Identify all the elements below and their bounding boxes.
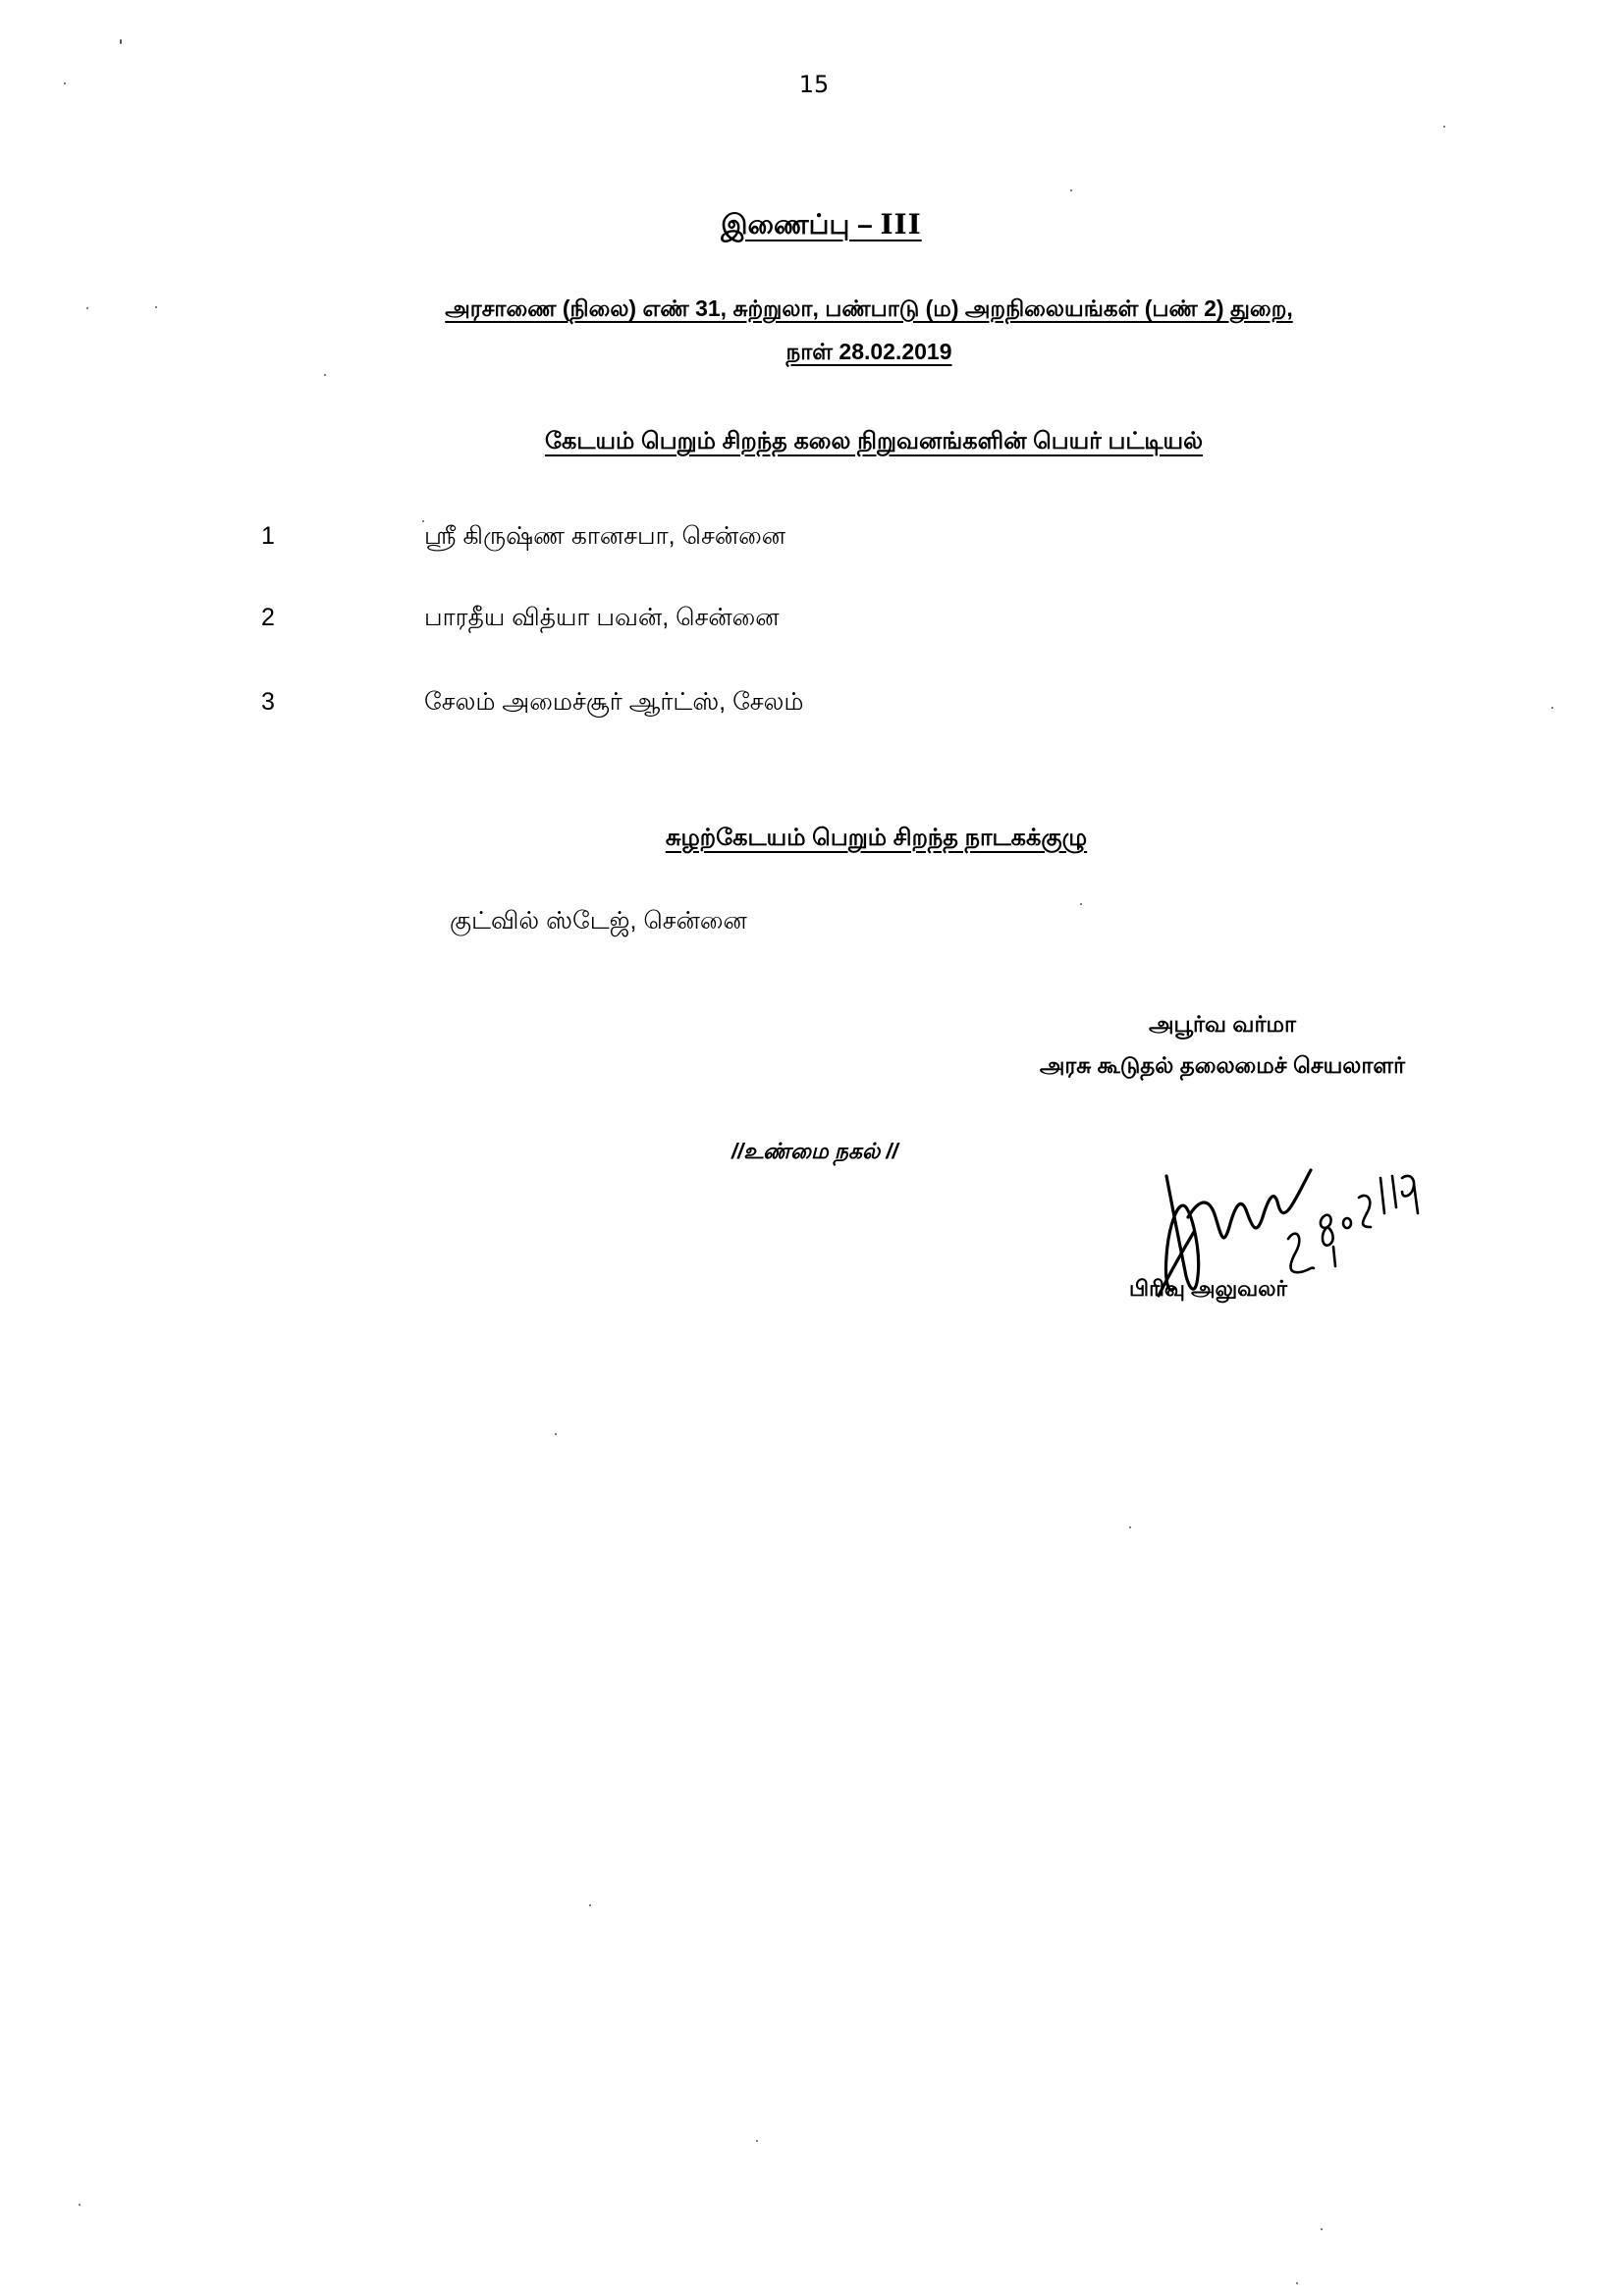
scan-speck bbox=[1129, 1526, 1131, 1528]
scan-speck bbox=[1296, 2282, 1298, 2284]
scan-speck bbox=[1443, 126, 1445, 128]
annex-label: இணைப்பு – bbox=[721, 209, 880, 240]
list-item-name: ஸ்ரீ கிருஷ்ண கானசபா, சென்னை bbox=[424, 522, 785, 554]
list-item-name: பாரதீய வித்யா பவன், சென்னை bbox=[424, 604, 780, 635]
annex-title-text: இணைப்பு – III bbox=[721, 209, 921, 240]
scan-speck bbox=[86, 307, 88, 309]
true-copy-label: //உண்மை நகல் // bbox=[731, 1139, 898, 1167]
list-item: 3 சேலம் அமைச்சூர் ஆர்ட்ஸ், சேலம் bbox=[0, 688, 1623, 727]
document-page: 15 இணைப்பு – III அரசாணை (நிலை) எண் 31, ச… bbox=[0, 0, 1623, 2296]
scan-speck bbox=[1080, 903, 1082, 905]
page-number: 15 bbox=[0, 71, 1623, 98]
signatory-designation: அரசு கூடுதல் தலைமைச் செயலாளர் bbox=[997, 1052, 1448, 1082]
government-order-reference: அரசாணை (நிலை) எண் 31, சுற்றுலா, பண்பாடு … bbox=[373, 287, 1365, 373]
scan-speck bbox=[155, 306, 157, 308]
signatory-name: அபூர்வ வர்மா bbox=[997, 1011, 1448, 1041]
shield-section-heading: கேடயம் பெறும் சிறந்த கலை நிறுவனங்களின் ப… bbox=[461, 428, 1286, 457]
list-item-number: 1 bbox=[261, 522, 275, 551]
annex-roman-numeral: III bbox=[880, 208, 921, 240]
list-item-number: 3 bbox=[261, 688, 275, 717]
scan-speck bbox=[1551, 707, 1553, 709]
rolling-shield-section-heading: சுழற்கேடயம் பெறும் சிறந்த நாடகக்குழு bbox=[609, 825, 1144, 854]
list-item: 2 பாரதீய வித்யா பவன், சென்னை bbox=[0, 604, 1623, 643]
scan-speck bbox=[79, 2204, 81, 2206]
go-reference-line-1: அரசாணை (நிலை) எண் 31, சுற்றுலா, பண்பாடு … bbox=[445, 295, 1293, 321]
scan-speck bbox=[589, 1904, 591, 1906]
list-item-name: சேலம் அமைச்சூர் ஆர்ட்ஸ், சேலம் bbox=[424, 688, 804, 720]
scan-speck bbox=[555, 1433, 557, 1435]
scan-speck bbox=[324, 374, 326, 376]
scan-speck bbox=[1321, 2228, 1323, 2230]
scan-speck bbox=[64, 82, 66, 84]
annex-title: இணைப்பு – III bbox=[0, 208, 1623, 244]
scan-speck bbox=[422, 520, 424, 522]
go-reference-date: நாள் 28.02.2019 bbox=[785, 339, 951, 364]
list-item: 1 ஸ்ரீ கிருஷ்ண கானசபா, சென்னை bbox=[0, 522, 1623, 561]
list-item-number: 2 bbox=[261, 604, 275, 632]
scan-speck bbox=[1070, 189, 1072, 191]
drama-troupe-name: குட்வில் ஸ்டேஜ், சென்னை bbox=[450, 907, 747, 938]
section-officer-designation: பிரிவு அலுவலர் bbox=[1129, 1276, 1287, 1305]
scan-speck bbox=[120, 39, 122, 44]
scan-speck bbox=[756, 2140, 758, 2142]
